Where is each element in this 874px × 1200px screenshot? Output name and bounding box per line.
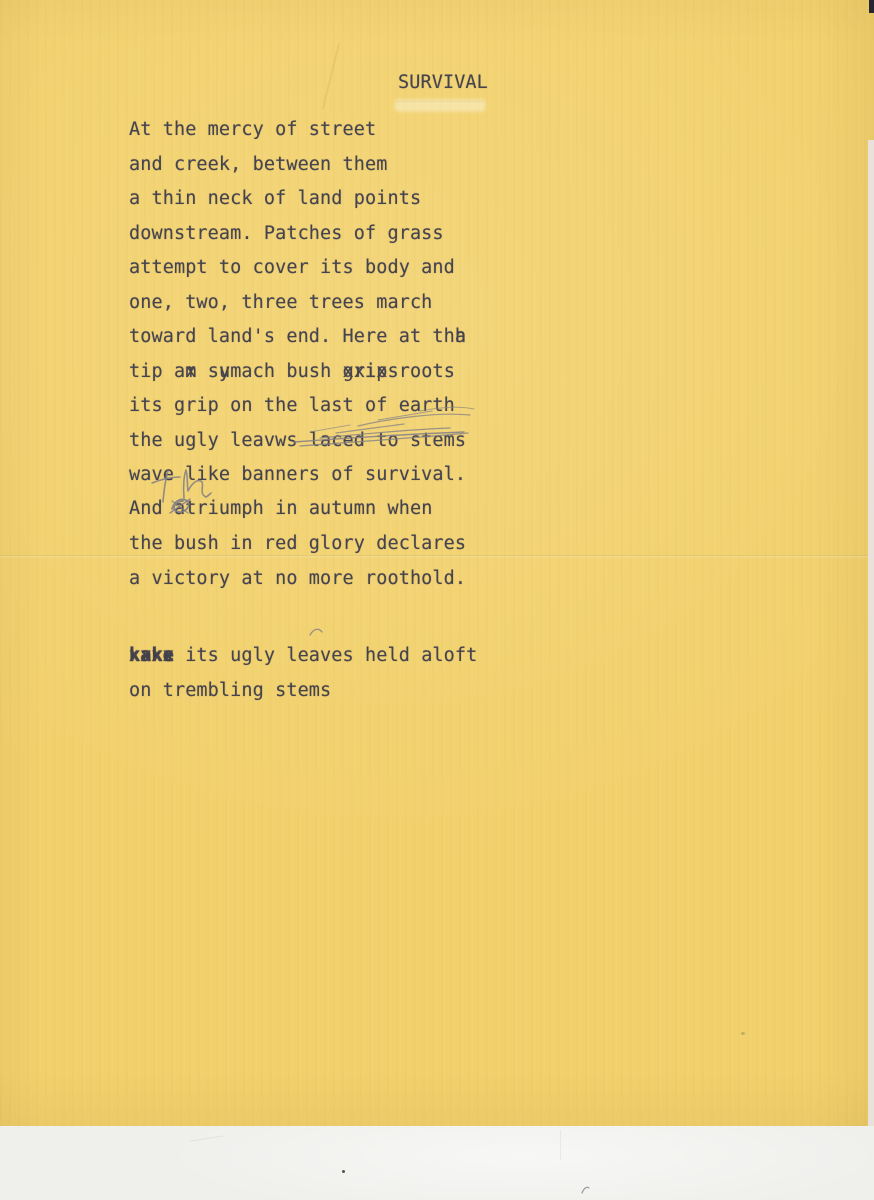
faint-scratch bbox=[560, 1130, 561, 1160]
poem-line: At the mercy of street bbox=[129, 119, 376, 141]
scanner-background bbox=[0, 1126, 874, 1200]
overstrike-characters: xxxx bbox=[129, 645, 174, 667]
typed-text: a victory at no more roothold. bbox=[129, 568, 466, 589]
typed-text: tip a bbox=[129, 361, 185, 382]
horizontal-fold-crease bbox=[0, 555, 874, 558]
typed-text: and creek, between them bbox=[129, 154, 387, 175]
faint-scratch bbox=[190, 1135, 224, 1141]
overtyped-text: ha bbox=[455, 326, 466, 348]
erased-text-smudge bbox=[396, 101, 484, 110]
typed-text: downstream. Patches of grass bbox=[129, 223, 444, 244]
typed-text: the bush in red glory declares bbox=[129, 533, 466, 554]
overstrike-characters: a bbox=[455, 326, 466, 348]
poem-line: a thin neck of land points bbox=[129, 188, 421, 210]
overtyped-text: kakexxxx bbox=[129, 645, 174, 667]
poem-line: one, two, three trees march bbox=[129, 292, 432, 314]
diagonal-crease bbox=[322, 43, 340, 109]
poem-line: tip amx syumach bush gripxxixsroots bbox=[129, 361, 455, 383]
scanned-page: SURVIVAL At the mercy of streetand creek… bbox=[0, 0, 874, 1200]
overstrike-characters: x bbox=[185, 361, 196, 383]
poem-line: downstream. Patches of grass bbox=[129, 223, 444, 245]
poem-line: attempt to cover its body and bbox=[129, 257, 455, 279]
corner-shadow-notch bbox=[869, 0, 874, 13]
typed-text: a thin neck of land points bbox=[129, 188, 421, 209]
typed-text: attempt to cover its body and bbox=[129, 257, 455, 278]
typed-text: its ugly leaves held aloft bbox=[174, 645, 477, 666]
typed-text: At the mercy of street bbox=[129, 119, 376, 140]
paper-speck bbox=[741, 1032, 745, 1035]
typed-text: sroots bbox=[388, 361, 455, 382]
typed-text: one, two, three trees march bbox=[129, 292, 432, 313]
pencil-scribble-strikeout bbox=[292, 402, 482, 452]
typed-text: s bbox=[196, 361, 218, 382]
typed-text: the ugly leavws bbox=[129, 430, 309, 451]
poem-line: kakexxxx its ugly leaves held aloft bbox=[129, 645, 477, 667]
dust-mark bbox=[580, 1184, 592, 1196]
overstrike-characters: u bbox=[219, 361, 230, 383]
dust-dot bbox=[342, 1170, 345, 1173]
poem-line: on trembling stems bbox=[129, 680, 331, 702]
pencil-blot-over-letter bbox=[167, 492, 195, 520]
scan-edge-sliver bbox=[868, 140, 874, 1128]
typed-text: toward land's end. Here at th bbox=[129, 326, 455, 347]
typed-text: on trembling stems bbox=[129, 680, 331, 701]
overtyped-text: mx bbox=[185, 361, 196, 383]
overtyped-text: gripxxix bbox=[343, 361, 388, 383]
typed-text: triumph in autumn when bbox=[185, 498, 432, 519]
poem-line: and creek, between them bbox=[129, 154, 387, 176]
poem-line: toward land's end. Here at thha bbox=[129, 326, 466, 348]
yellow-paper-sheet: SURVIVAL At the mercy of streetand creek… bbox=[0, 0, 874, 1126]
typed-text: mach bush bbox=[230, 361, 342, 382]
pencil-tick-mark bbox=[308, 626, 324, 638]
overtyped-text: yu bbox=[219, 361, 230, 383]
poem-title: SURVIVAL bbox=[398, 72, 488, 94]
poem-line: a victory at no more roothold. bbox=[129, 568, 466, 590]
poem-line: the bush in red glory declares bbox=[129, 533, 466, 555]
overstrike-characters: xxix bbox=[343, 361, 388, 383]
